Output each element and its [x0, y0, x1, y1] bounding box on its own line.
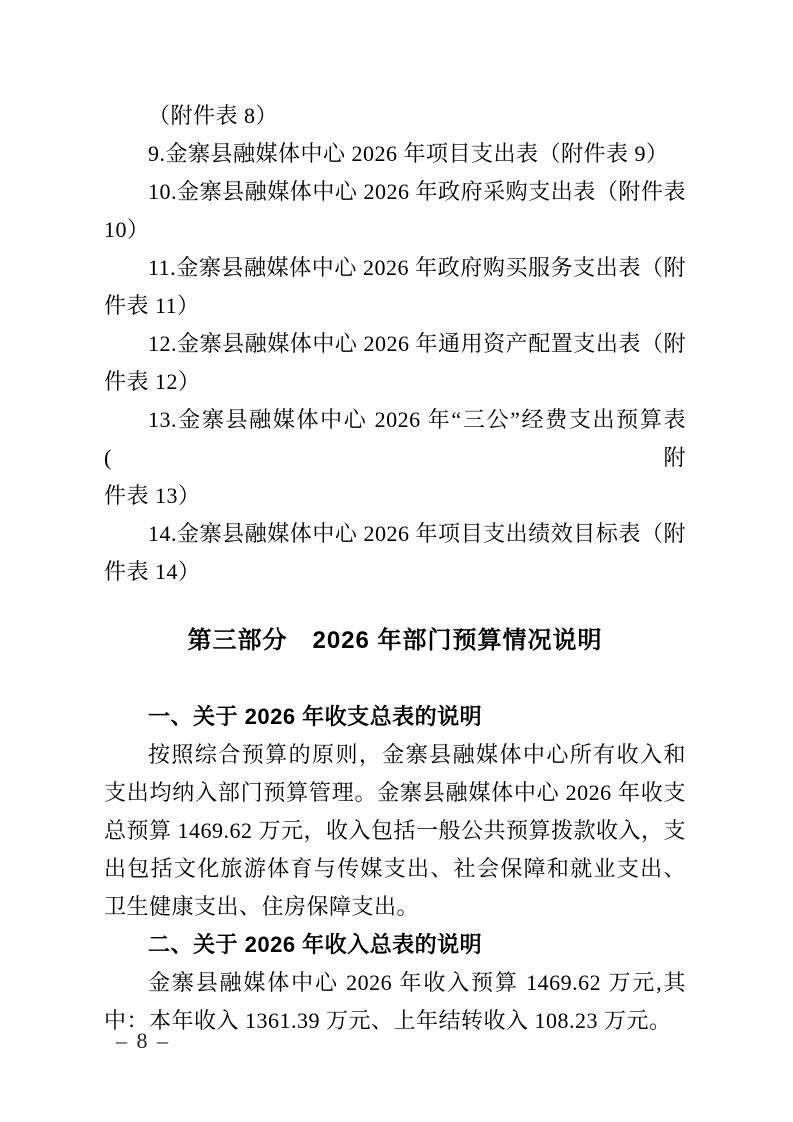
attachment-list: （附件表 8） 9.金寨县融媒体中心 2026 年项目支出表（附件表 9） 10…: [104, 97, 686, 591]
section-paragraph: 金寨县融媒体中心 2026 年收入预算 1469.62 万元,其中：本年收入 1…: [104, 964, 686, 1040]
attachment-list-line: 件表 13）: [104, 477, 686, 515]
attachment-list-line: 件表 12）: [104, 363, 686, 401]
attachment-list-line: 11.金寨县融媒体中心 2026 年政府购买服务支出表（附: [104, 249, 686, 287]
attachment-list-line: 9.金寨县融媒体中心 2026 年项目支出表（附件表 9）: [104, 135, 686, 173]
section-paragraph: 按照综合预算的原则，金寨县融媒体中心所有收入和支出均纳入部门预算管理。金寨县融媒…: [104, 736, 686, 926]
document-page: （附件表 8） 9.金寨县融媒体中心 2026 年项目支出表（附件表 9） 10…: [0, 0, 793, 1122]
part3-heading: 第三部分 2026 年部门预算情况说明: [104, 621, 686, 661]
attachment-list-line: （附件表 8）: [104, 97, 686, 135]
section-heading: 一、关于 2026 年收支总表的说明: [104, 698, 686, 736]
page-content: （附件表 8） 9.金寨县融媒体中心 2026 年项目支出表（附件表 9） 10…: [104, 97, 686, 1040]
attachment-list-line: 件表 11）: [104, 287, 686, 325]
attachment-list-line: 10.金寨县融媒体中心 2026 年政府采购支出表（附件表: [104, 173, 686, 211]
section-heading: 二、关于 2026 年收入总表的说明: [104, 926, 686, 964]
attachment-list-line: 14.金寨县融媒体中心 2026 年项目支出绩效目标表（附: [104, 515, 686, 553]
budget-section: 一、关于 2026 年收支总表的说明 按照综合预算的原则，金寨县融媒体中心所有收…: [104, 698, 686, 926]
attachment-list-line: 13.金寨县融媒体中心 2026 年“三公”经费支出预算表(附: [104, 401, 686, 477]
part3-sections: 一、关于 2026 年收支总表的说明 按照综合预算的原则，金寨县融媒体中心所有收…: [104, 698, 686, 1040]
attachment-list-line: 12.金寨县融媒体中心 2026 年通用资产配置支出表（附: [104, 325, 686, 363]
budget-section: 二、关于 2026 年收入总表的说明 金寨县融媒体中心 2026 年收入预算 1…: [104, 926, 686, 1040]
attachment-list-line: 10）: [104, 211, 686, 249]
page-number: – 8 –: [116, 1026, 170, 1056]
attachment-list-line: 件表 14）: [104, 553, 686, 591]
